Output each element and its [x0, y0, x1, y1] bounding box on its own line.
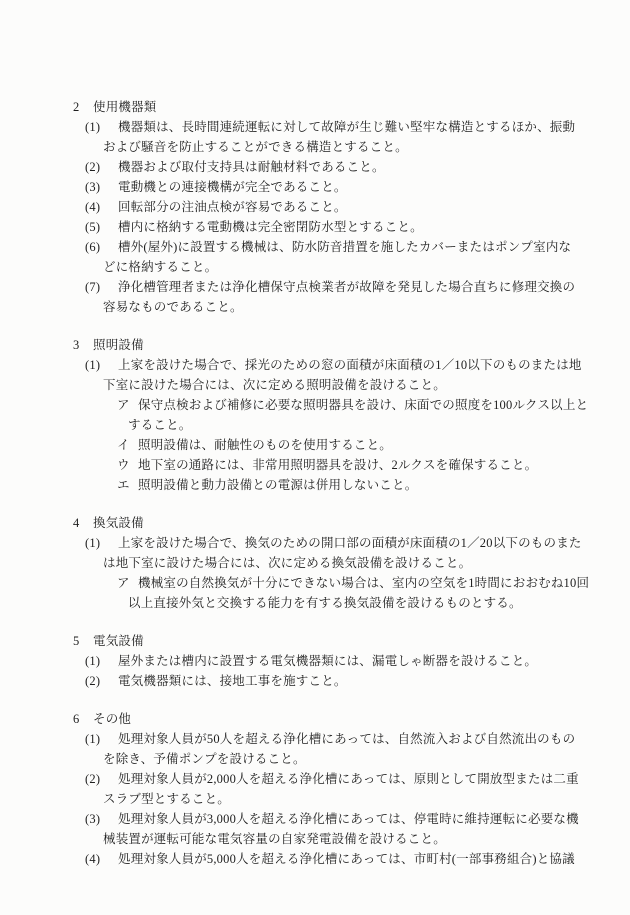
item-marker: (1): [85, 729, 118, 749]
section-4: 4換気設備(1)上家を設けた場合で、換気のための開口部の面積が床面積の1／20以…: [0, 513, 630, 613]
line-text: 槽内に格納する電動機は完全密閉防水型とすること。: [118, 220, 423, 234]
section-title: 使用機器類: [93, 100, 157, 114]
text-line: ウ地下室の通路には、非常用照明器具を設け、2ルクスを確保すること。: [0, 455, 630, 475]
text-line: (7)浄化槽管理者または浄化槽保守点検業者が故障を発見した場合直ちに修理交換の: [0, 277, 630, 297]
document-body: 2使用機器類(1)機器類は、長時間連続運転に対して故障が生じ難い堅牢な構造とする…: [0, 97, 630, 869]
text-line: (1)上家を設けた場合で、換気のための開口部の面積が床面積の1／20以下のものま…: [0, 533, 630, 553]
section-2: 2使用機器類(1)機器類は、長時間連続運転に対して故障が生じ難い堅牢な構造とする…: [0, 97, 630, 317]
section-title: 換気設備: [93, 516, 144, 530]
section-number: 6: [73, 709, 93, 729]
item-marker: (2): [85, 671, 118, 691]
text-line: (1)処理対象人員が50人を超える浄化槽にあっては、自然流入および自然流出のもの: [0, 729, 630, 749]
section-6: 6その他(1)処理対象人員が50人を超える浄化槽にあっては、自然流入および自然流…: [0, 709, 630, 869]
line-text: を除き、予備ポンプを設けること。: [103, 752, 306, 766]
line-text: 電気機器類には、接地工事を施すこと。: [118, 674, 347, 688]
item-marker: エ: [117, 475, 138, 495]
line-text: 処理対象人員が50人を超える浄化槽にあっては、自然流入および自然流出のもの: [118, 732, 575, 746]
text-line: 以上直接外気と交換する能力を有する換気設備を設けるものとする。: [0, 593, 630, 613]
section-number: 4: [73, 513, 93, 533]
item-marker: (1): [85, 651, 118, 671]
section-title: 電気設備: [93, 634, 144, 648]
text-line: (2)電気機器類には、接地工事を施すこと。: [0, 671, 630, 691]
line-text: 機械室の自然換気が十分にできない場合は、室内の空気を1時間におおむね10回: [138, 576, 589, 590]
item-marker: (1): [85, 117, 118, 137]
item-marker: (4): [85, 197, 118, 217]
line-text: 上家を設けた場合で、採光のための窓の面積が床面積の1／10以下のものまたは地: [118, 358, 582, 372]
line-text: 照明設備と動力設備との電源は併用しないこと。: [138, 478, 417, 492]
item-marker: (2): [85, 769, 118, 789]
text-line: (3)処理対象人員が3,000人を超える浄化槽にあっては、停電時に維持運転に必要…: [0, 809, 630, 829]
text-line: 下室に設けた場合には、次に定める照明設備を設けること。: [0, 375, 630, 395]
line-text: 上家を設けた場合で、換気のための開口部の面積が床面積の1／20以下のものまた: [118, 536, 582, 550]
line-text: 回転部分の注油点検が容易であること。: [118, 200, 347, 214]
text-line: (4)処理対象人員が5,000人を超える浄化槽にあっては、市町村(一部事務組合)…: [0, 849, 630, 869]
text-line: (5)槽内に格納する電動機は完全密閉防水型とすること。: [0, 217, 630, 237]
line-text: 機器および取付支持具は耐触材料であること。: [118, 160, 385, 174]
line-text: すること。: [128, 418, 192, 432]
line-text: 処理対象人員が3,000人を超える浄化槽にあっては、停電時に維持運転に必要な機: [118, 812, 579, 826]
item-marker: (3): [85, 809, 118, 829]
line-text: 機器類は、長時間連続運転に対して故障が生じ難い堅牢な構造とするほか、振動: [118, 120, 575, 134]
line-text: 械装置が運転可能な電気容量の自家発電設備を設けること。: [103, 832, 446, 846]
text-line: エ照明設備と動力設備との電源は併用しないこと。: [0, 475, 630, 495]
item-marker: イ: [117, 435, 138, 455]
text-line: を除き、予備ポンプを設けること。: [0, 749, 630, 769]
document-page: 2使用機器類(1)機器類は、長時間連続運転に対して故障が生じ難い堅牢な構造とする…: [0, 0, 630, 915]
section-heading: 5電気設備: [0, 631, 630, 651]
section-3: 3照明設備(1)上家を設けた場合で、採光のための窓の面積が床面積の1／10以下の…: [0, 335, 630, 495]
line-text: 槽外(屋外)に設置する機械は、防水防音措置を施したカバーまたはポンプ室内な: [118, 240, 571, 254]
text-line: ア機械室の自然換気が十分にできない場合は、室内の空気を1時間におおむね10回: [0, 573, 630, 593]
line-text: 地下室の通路には、非常用照明器具を設け、2ルクスを確保すること。: [138, 458, 537, 472]
line-text: 屋外または槽内に設置する電気機器類には、漏電しゃ断器を設けること。: [118, 654, 537, 668]
line-text: および騒音を防止することができる構造とすること。: [103, 140, 408, 154]
section-heading: 3照明設備: [0, 335, 630, 355]
section-heading: 4換気設備: [0, 513, 630, 533]
item-marker: ア: [117, 395, 138, 415]
section-number: 3: [73, 335, 93, 355]
text-line: 械装置が運転可能な電気容量の自家発電設備を設けること。: [0, 829, 630, 849]
text-line: (1)上家を設けた場合で、採光のための窓の面積が床面積の1／10以下のものまたは…: [0, 355, 630, 375]
text-line: イ照明設備は、耐触性のものを使用すること。: [0, 435, 630, 455]
text-line: (2)処理対象人員が2,000人を超える浄化槽にあっては、原則として開放型または…: [0, 769, 630, 789]
item-marker: ア: [117, 573, 138, 593]
item-marker: ウ: [117, 455, 138, 475]
text-line: (6)槽外(屋外)に設置する機械は、防水防音措置を施したカバーまたはポンプ室内な: [0, 237, 630, 257]
section-title: その他: [93, 712, 131, 726]
line-text: 処理対象人員が5,000人を超える浄化槽にあっては、市町村(一部事務組合)と協議: [118, 852, 575, 866]
line-text: 容易なものであること。: [103, 300, 243, 314]
line-text: は地下室に設けた場合には、次に定める換気設備を設けること。: [103, 556, 471, 570]
line-text: 照明設備は、耐触性のものを使用すること。: [138, 438, 392, 452]
text-line: および騒音を防止することができる構造とすること。: [0, 137, 630, 157]
item-marker: (1): [85, 355, 118, 375]
section-number: 2: [73, 97, 93, 117]
line-text: どに格納すること。: [103, 260, 217, 274]
item-marker: (7): [85, 277, 118, 297]
text-line: (1)機器類は、長時間連続運転に対して故障が生じ難い堅牢な構造とするほか、振動: [0, 117, 630, 137]
section-heading: 2使用機器類: [0, 97, 630, 117]
text-line: (1)屋外または槽内に設置する電気機器類には、漏電しゃ断器を設けること。: [0, 651, 630, 671]
item-marker: (2): [85, 157, 118, 177]
line-text: 浄化槽管理者または浄化槽保守点検業者が故障を発見した場合直ちに修理交換の: [118, 280, 575, 294]
section-number: 5: [73, 631, 93, 651]
text-line: (2)機器および取付支持具は耐触材料であること。: [0, 157, 630, 177]
line-text: 処理対象人員が2,000人を超える浄化槽にあっては、原則として開放型または二重: [118, 772, 579, 786]
text-line: どに格納すること。: [0, 257, 630, 277]
text-line: 容易なものであること。: [0, 297, 630, 317]
item-marker: (3): [85, 177, 118, 197]
line-text: 電動機との連接機構が完全であること。: [118, 180, 347, 194]
section-title: 照明設備: [93, 338, 144, 352]
item-marker: (5): [85, 217, 118, 237]
line-text: 以上直接外気と交換する能力を有する換気設備を設けるものとする。: [128, 596, 522, 610]
text-line: ア保守点検および補修に必要な照明器具を設け、床面での照度を100ルクス以上と: [0, 395, 630, 415]
section-5: 5電気設備(1)屋外または槽内に設置する電気機器類には、漏電しゃ断器を設けること…: [0, 631, 630, 691]
section-heading: 6その他: [0, 709, 630, 729]
line-text: 下室に設けた場合には、次に定める照明設備を設けること。: [103, 378, 446, 392]
line-text: スラブ型とすること。: [103, 792, 230, 806]
item-marker: (6): [85, 237, 118, 257]
text-line: すること。: [0, 415, 630, 435]
line-text: 保守点検および補修に必要な照明器具を設け、床面での照度を100ルクス以上と: [138, 398, 588, 412]
text-line: スラブ型とすること。: [0, 789, 630, 809]
text-line: (3)電動機との連接機構が完全であること。: [0, 177, 630, 197]
item-marker: (1): [85, 533, 118, 553]
text-line: (4)回転部分の注油点検が容易であること。: [0, 197, 630, 217]
item-marker: (4): [85, 849, 118, 869]
text-line: は地下室に設けた場合には、次に定める換気設備を設けること。: [0, 553, 630, 573]
